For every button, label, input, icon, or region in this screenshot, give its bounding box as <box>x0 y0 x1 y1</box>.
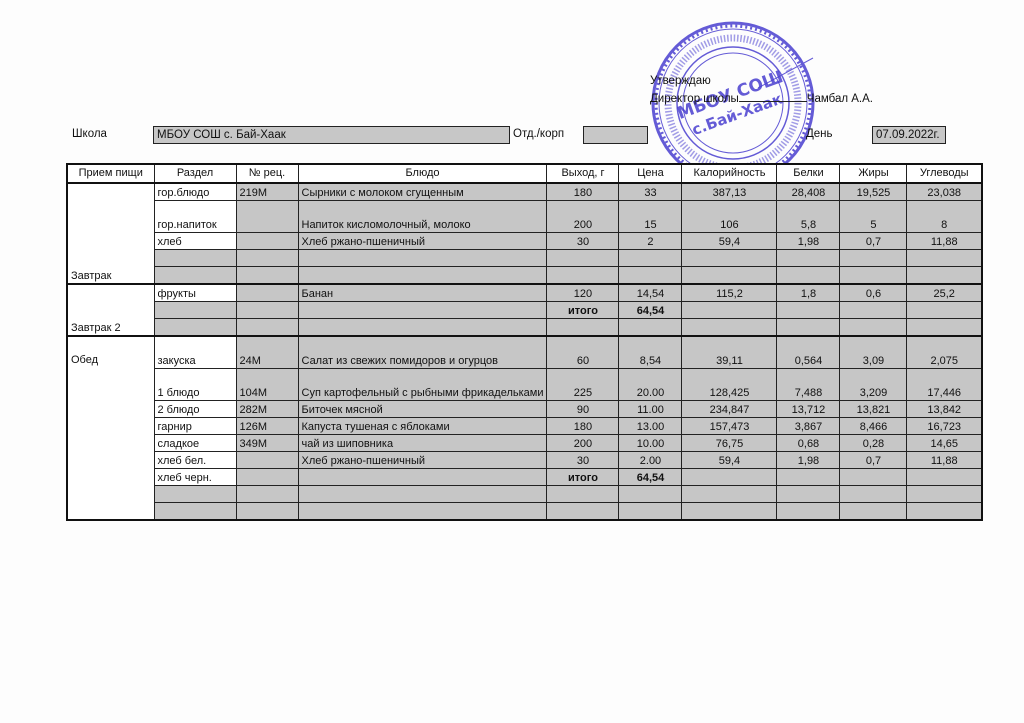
fat-cell: 3,09 <box>840 336 907 369</box>
kcal-cell <box>682 319 777 337</box>
yield-cell: 120 <box>547 284 619 302</box>
yield-cell <box>547 486 619 503</box>
column-header: Раздел <box>154 164 236 183</box>
dish-cell: Сырники с молоком сгущенным <box>298 183 547 201</box>
section-cell: фрукты <box>154 284 236 302</box>
table-row: Завтракгор.блюдо219МСырники с молоком сг… <box>67 183 982 201</box>
yield-cell: 90 <box>547 401 619 418</box>
kcal-cell: 387,13 <box>682 183 777 201</box>
yield-cell: 30 <box>547 233 619 250</box>
fat-cell: 8,466 <box>840 418 907 435</box>
carbs-cell: 11,88 <box>907 233 982 250</box>
dish-cell <box>298 250 547 267</box>
protein-cell: 0,564 <box>777 336 840 369</box>
fat-cell: 19,525 <box>840 183 907 201</box>
price-cell: 2 <box>619 233 682 250</box>
recipe-cell <box>236 201 298 233</box>
kcal-cell: 76,75 <box>682 435 777 452</box>
price-cell: 11.00 <box>619 401 682 418</box>
kcal-cell <box>682 469 777 486</box>
yield-cell <box>547 503 619 521</box>
table-row: итого64,54 <box>67 302 982 319</box>
recipe-cell <box>236 284 298 302</box>
column-header: Углеводы <box>907 164 982 183</box>
dept-field[interactable] <box>583 126 648 144</box>
price-cell <box>619 267 682 285</box>
price-cell <box>619 486 682 503</box>
fat-cell <box>840 319 907 337</box>
approval-signer: Чамбал А.А. <box>807 93 873 105</box>
dish-cell <box>298 486 547 503</box>
section-cell: гор.блюдо <box>154 183 236 201</box>
yield-cell: итого <box>547 302 619 319</box>
fat-cell <box>840 469 907 486</box>
fat-cell <box>840 486 907 503</box>
dish-cell: Хлеб ржано-пшеничный <box>298 233 547 250</box>
carbs-cell <box>907 319 982 337</box>
protein-cell: 13,712 <box>777 401 840 418</box>
dish-cell: Биточек мясной <box>298 401 547 418</box>
price-cell: 8,54 <box>619 336 682 369</box>
section-cell <box>154 302 236 319</box>
price-cell: 64,54 <box>619 469 682 486</box>
recipe-cell <box>236 250 298 267</box>
protein-cell <box>777 469 840 486</box>
menu-table: Прием пищиРаздел№ рец.БлюдоВыход, гЦенаК… <box>66 163 983 521</box>
column-header: № рец. <box>236 164 298 183</box>
section-cell: закуска <box>154 336 236 369</box>
carbs-cell: 25,2 <box>907 284 982 302</box>
yield-cell: 180 <box>547 183 619 201</box>
table-header-row: Прием пищиРаздел№ рец.БлюдоВыход, гЦенаК… <box>67 164 982 183</box>
protein-cell: 0,68 <box>777 435 840 452</box>
kcal-cell: 59,4 <box>682 452 777 469</box>
table-row <box>67 319 982 337</box>
recipe-cell: 126М <box>236 418 298 435</box>
table-row <box>67 250 982 267</box>
dish-cell <box>298 302 547 319</box>
table-row <box>67 267 982 285</box>
price-cell <box>619 319 682 337</box>
kcal-cell: 115,2 <box>682 284 777 302</box>
carbs-cell: 16,723 <box>907 418 982 435</box>
carbs-cell <box>907 503 982 521</box>
protein-cell: 1,98 <box>777 452 840 469</box>
price-cell: 15 <box>619 201 682 233</box>
dish-cell: Капуста тушеная с яблоками <box>298 418 547 435</box>
recipe-cell: 219М <box>236 183 298 201</box>
section-cell: хлеб бел. <box>154 452 236 469</box>
table-row <box>67 486 982 503</box>
kcal-cell: 157,473 <box>682 418 777 435</box>
table-row: хлеб бел.Хлеб ржано-пшеничный302.0059,41… <box>67 452 982 469</box>
recipe-cell <box>236 503 298 521</box>
fat-cell: 3,209 <box>840 369 907 401</box>
yield-cell: 225 <box>547 369 619 401</box>
protein-cell <box>777 319 840 337</box>
column-header: Цена <box>619 164 682 183</box>
carbs-cell: 14,65 <box>907 435 982 452</box>
protein-cell: 7,488 <box>777 369 840 401</box>
section-cell: 1 блюдо <box>154 369 236 401</box>
fat-cell <box>840 250 907 267</box>
section-cell <box>154 319 236 337</box>
section-cell: 2 блюдо <box>154 401 236 418</box>
table-row: хлеб черн.итого64,54 <box>67 469 982 486</box>
price-cell: 10.00 <box>619 435 682 452</box>
section-cell: сладкое <box>154 435 236 452</box>
school-field[interactable]: МБОУ СОШ с. Бай-Хаак <box>153 126 510 144</box>
carbs-cell <box>907 469 982 486</box>
meal-name: Завтрак <box>67 183 154 284</box>
carbs-cell <box>907 250 982 267</box>
dish-cell: Суп картофельный с рыбными фрикадельками <box>298 369 547 401</box>
recipe-cell <box>236 267 298 285</box>
meal-name: Обед <box>67 336 154 520</box>
fat-cell <box>840 503 907 521</box>
protein-cell <box>777 250 840 267</box>
recipe-cell <box>236 486 298 503</box>
carbs-cell: 2,075 <box>907 336 982 369</box>
signature-line <box>739 91 807 102</box>
kcal-cell: 59,4 <box>682 233 777 250</box>
day-label: День <box>806 128 833 140</box>
carbs-cell <box>907 302 982 319</box>
dish-cell <box>298 267 547 285</box>
dish-cell: Хлеб ржано-пшеничный <box>298 452 547 469</box>
yield-cell: 60 <box>547 336 619 369</box>
section-cell: хлеб черн. <box>154 469 236 486</box>
section-cell: гарнир <box>154 418 236 435</box>
price-cell <box>619 503 682 521</box>
price-cell: 2.00 <box>619 452 682 469</box>
recipe-cell <box>236 233 298 250</box>
price-cell: 20.00 <box>619 369 682 401</box>
fat-cell <box>840 302 907 319</box>
dish-cell: Напиток кисломолочный, молоко <box>298 201 547 233</box>
section-cell <box>154 486 236 503</box>
table-row: гарнир126МКапуста тушеная с яблоками1801… <box>67 418 982 435</box>
kcal-cell: 106 <box>682 201 777 233</box>
kcal-cell <box>682 503 777 521</box>
approval-block: Утверждаю Директор школыЧамбал А.А. <box>650 72 873 108</box>
column-header: Блюдо <box>298 164 547 183</box>
section-cell: хлеб <box>154 233 236 250</box>
day-field[interactable]: 07.09.2022г. <box>872 126 946 144</box>
price-cell: 33 <box>619 183 682 201</box>
carbs-cell <box>907 486 982 503</box>
carbs-cell: 17,446 <box>907 369 982 401</box>
dish-cell: чай из шиповника <box>298 435 547 452</box>
yield-cell: 180 <box>547 418 619 435</box>
approval-title: Утверждаю <box>650 72 873 90</box>
recipe-cell <box>236 319 298 337</box>
kcal-cell <box>682 302 777 319</box>
protein-cell: 1,8 <box>777 284 840 302</box>
recipe-cell <box>236 302 298 319</box>
carbs-cell: 8 <box>907 201 982 233</box>
protein-cell <box>777 267 840 285</box>
fat-cell: 0,7 <box>840 233 907 250</box>
protein-cell: 3,867 <box>777 418 840 435</box>
protein-cell: 28,408 <box>777 183 840 201</box>
school-label: Школа <box>72 128 107 140</box>
column-header: Жиры <box>840 164 907 183</box>
price-cell: 14,54 <box>619 284 682 302</box>
yield-cell: 200 <box>547 201 619 233</box>
price-cell: 64,54 <box>619 302 682 319</box>
column-header: Белки <box>777 164 840 183</box>
section-cell: гор.напиток <box>154 201 236 233</box>
recipe-cell: 349М <box>236 435 298 452</box>
kcal-cell: 234,847 <box>682 401 777 418</box>
yield-cell <box>547 250 619 267</box>
dish-cell <box>298 503 547 521</box>
fat-cell: 0,28 <box>840 435 907 452</box>
table-row: Обедзакуска24МСалат из свежих помидоров … <box>67 336 982 369</box>
kcal-cell <box>682 250 777 267</box>
carbs-cell <box>907 267 982 285</box>
table-row: гор.напитокНапиток кисломолочный, молоко… <box>67 201 982 233</box>
recipe-cell <box>236 469 298 486</box>
yield-cell: 200 <box>547 435 619 452</box>
recipe-cell: 282М <box>236 401 298 418</box>
fat-cell: 0,6 <box>840 284 907 302</box>
dish-cell <box>298 319 547 337</box>
protein-cell: 5,8 <box>777 201 840 233</box>
yield-cell: 30 <box>547 452 619 469</box>
protein-cell <box>777 503 840 521</box>
protein-cell: 1,98 <box>777 233 840 250</box>
carbs-cell: 13,842 <box>907 401 982 418</box>
kcal-cell: 39,11 <box>682 336 777 369</box>
yield-cell: итого <box>547 469 619 486</box>
yield-cell <box>547 319 619 337</box>
column-header: Калорийность <box>682 164 777 183</box>
fat-cell: 13,821 <box>840 401 907 418</box>
protein-cell <box>777 486 840 503</box>
price-cell <box>619 250 682 267</box>
table-row: 2 блюдо282МБиточек мясной9011.00234,8471… <box>67 401 982 418</box>
section-cell <box>154 267 236 285</box>
section-cell <box>154 503 236 521</box>
table-row: хлебХлеб ржано-пшеничный30259,41,980,711… <box>67 233 982 250</box>
yield-cell <box>547 267 619 285</box>
carbs-cell: 11,88 <box>907 452 982 469</box>
fat-cell: 0,7 <box>840 452 907 469</box>
protein-cell <box>777 302 840 319</box>
table-row <box>67 503 982 521</box>
dish-cell: Салат из свежих помидоров и огурцов <box>298 336 547 369</box>
column-header: Выход, г <box>547 164 619 183</box>
kcal-cell <box>682 486 777 503</box>
dish-cell: Банан <box>298 284 547 302</box>
dish-cell <box>298 469 547 486</box>
column-header: Прием пищи <box>67 164 154 183</box>
dept-label: Отд./корп <box>513 128 564 140</box>
table-row: 1 блюдо104МСуп картофельный с рыбными фр… <box>67 369 982 401</box>
recipe-cell: 24М <box>236 336 298 369</box>
fat-cell <box>840 267 907 285</box>
price-cell: 13.00 <box>619 418 682 435</box>
fat-cell: 5 <box>840 201 907 233</box>
recipe-cell: 104М <box>236 369 298 401</box>
table-row: сладкое349Мчай из шиповника20010.0076,75… <box>67 435 982 452</box>
kcal-cell: 128,425 <box>682 369 777 401</box>
section-cell <box>154 250 236 267</box>
carbs-cell: 23,038 <box>907 183 982 201</box>
table-row: Завтрак 2фруктыБанан12014,54115,21,80,62… <box>67 284 982 302</box>
approval-position: Директор школы <box>650 93 739 105</box>
meal-name: Завтрак 2 <box>67 284 154 336</box>
kcal-cell <box>682 267 777 285</box>
recipe-cell <box>236 452 298 469</box>
